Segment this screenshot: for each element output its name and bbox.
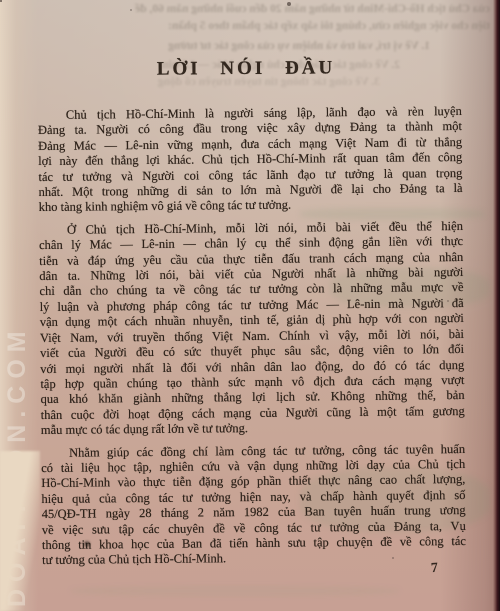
- page-number: 7: [430, 561, 438, 577]
- paragraph: Nhằm giúp các đồng chí làm công tác tư t…: [41, 441, 466, 568]
- ink-specks: [0, 0, 2, 2]
- bleedthrough-line: 1. Về vị trí, vai trò và nhiệm vụ của cô…: [8, 38, 490, 55]
- showthrough-smudge: [70, 586, 400, 596]
- text-line: tư tưởng của Chủ tịch Hồ-Chí-Minh.: [42, 549, 466, 568]
- page-edge-shadow: [493, 0, 500, 611]
- body-text: Chủ tịch Hồ-Chí-Minh là người sáng lập, …: [38, 104, 466, 576]
- paragraph: Chủ tịch Hồ-Chí-Minh là người sáng lập, …: [38, 104, 463, 216]
- text-line: kho tàng kinh nghiệm vô giá về công tác …: [39, 196, 463, 215]
- bleedthrough-line: của Chủ tịch Hồ-Chí-Minh từ những năm 20…: [8, 1, 490, 18]
- book-page: của Chủ tịch Hồ-Chí-Minh từ những năm 20…: [0, 0, 500, 611]
- page-curl: [0, 451, 40, 611]
- bleedthrough-line: tiện cho việc nghiên cứu, chúng tôi sắp …: [8, 18, 490, 35]
- text-line: mẫu mực có tác dụng rất lớn về tư tưởng.: [41, 419, 465, 438]
- page-title: LỜI NÓI ĐẦU: [0, 56, 492, 81]
- paragraph: Ở Chủ tịch Hồ-Chí-Minh, mỗi lời nói, mỗi…: [39, 219, 465, 439]
